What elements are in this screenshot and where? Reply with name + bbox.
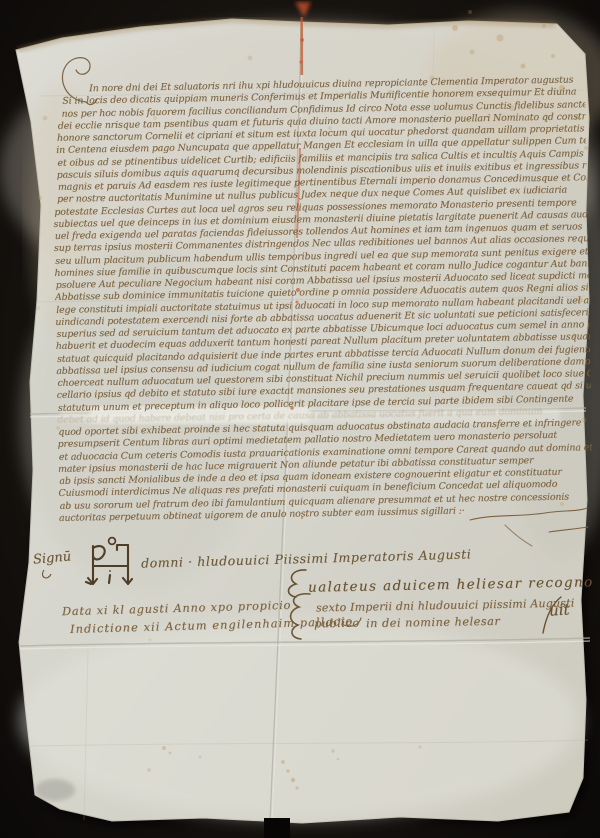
recognition-line: ualateus aduicem heliesar recogno <box>308 574 594 595</box>
dateline-publico: publico <box>314 617 360 631</box>
dateline-closing: in dei nomine helesar <box>366 615 500 630</box>
dateline-date: Data xi kl agusti Anno xpo propicio <box>62 599 291 618</box>
signum-line: domni · hludouuici Piissimi Imperatoris … <box>141 546 472 570</box>
dateline-regnal-year: sexto Imperii dni hludouuici piissimi Au… <box>316 597 575 615</box>
charter-body: In nore dni dei Et saluatoris nri ihu xp… <box>51 74 593 536</box>
manuscript-photograph: In nore dni dei Et saluatoris nri ihu xp… <box>0 0 600 838</box>
charter-text-layer: In nore dni dei Et saluatoris nri ihu xp… <box>0 0 600 838</box>
signum-label: Signū <box>32 549 71 567</box>
dateline-indiction-place: Indictione xii Actum engilenhaim pallaci… <box>70 615 354 636</box>
